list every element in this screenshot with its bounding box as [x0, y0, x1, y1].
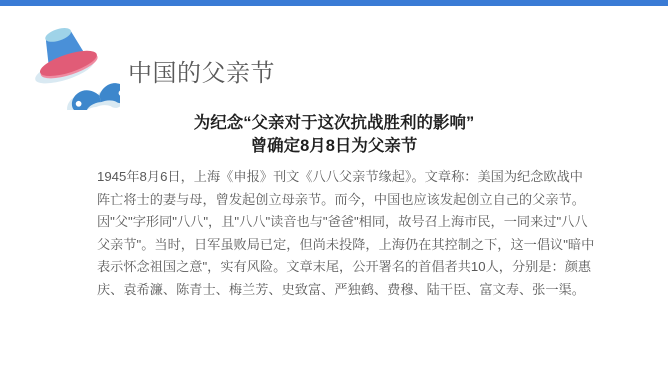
slide: 中国的父亲节 为纪念“父亲对于这次抗战胜利的影响” 曾确定8月8日为父亲节 19… — [0, 0, 668, 376]
body-line: 庆、袁希濂、陈青士、梅兰芳、史致富、严独鹤、费穆、陆干臣、富文寿、张一渠。 — [97, 279, 583, 302]
body-paragraph: 1945年8月6日，上海《申报》刊文《八八父亲节缘起》。文章称：美国为纪念欧战中… — [97, 166, 583, 301]
body-line: 阵亡将士的妻与母，曾发起创立母亲节。而今，中国也应该发起创立自己的父亲节。 — [97, 189, 583, 212]
page-title: 中国的父亲节 — [128, 59, 275, 89]
body-line: 因"父"字形同"八八"，且"八八"读音也与"爸爸"相同，故号召上海市民，一同来过… — [97, 211, 583, 234]
subtitle-block: 为纪念“父亲对于这次抗战胜利的影响” 曾确定8月8日为父亲节 — [0, 112, 668, 158]
body-line: 父亲节"。当时，日军虽败局已定，但尚未投降，上海仍在其控制之下，这一倡议"暗中 — [97, 234, 583, 257]
hat-mustache-icon — [24, 14, 120, 110]
subtitle-line-1: 为纪念“父亲对于这次抗战胜利的影响” — [0, 112, 668, 135]
hat-icon — [24, 20, 101, 89]
body-line: 表示怀念祖国之意"，实有风险。文章末尾，公开署名的首倡者共10人，分别是：颜惠 — [97, 256, 583, 279]
body-line: 1945年8月6日，上海《申报》刊文《八八父亲节缘起》。文章称：美国为纪念欧战中 — [97, 166, 583, 189]
top-accent-bar — [0, 0, 668, 6]
subtitle-line-2: 曾确定8月8日为父亲节 — [0, 135, 668, 158]
